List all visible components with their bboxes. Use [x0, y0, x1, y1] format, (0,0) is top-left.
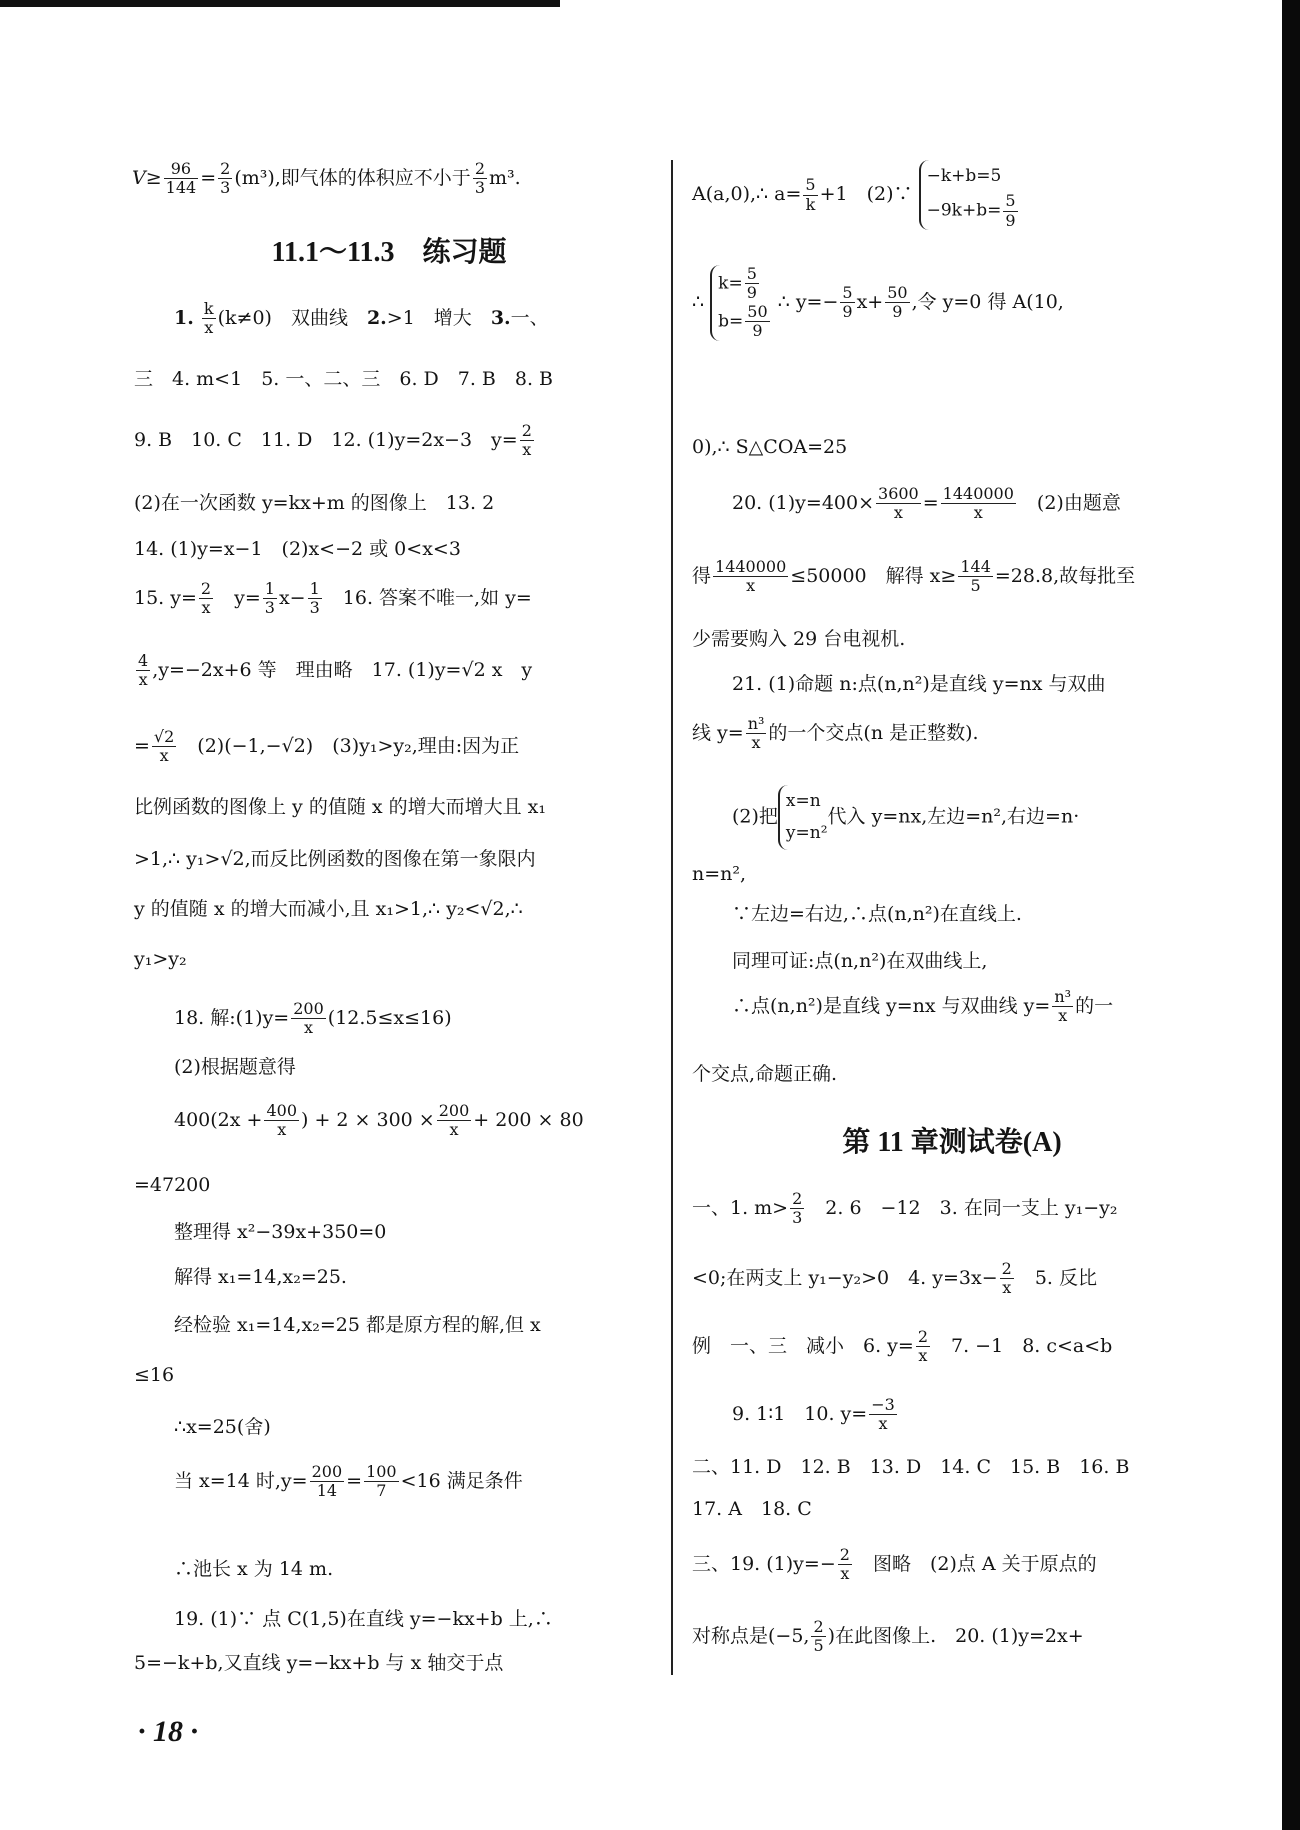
answer-line: ∴ k=59b=509 ∴ y=−59x+509,令 y=0 得 A(10, [692, 265, 1064, 341]
text: 一、1. m> [692, 1197, 788, 1219]
text: x− [279, 587, 306, 609]
text: )在此图像上. 20. (1)y=2x+ [828, 1625, 1084, 1647]
text: 图略 (2)点 A 关于原点的 [854, 1553, 1097, 1575]
answer-line: (2)根据题意得 [134, 1058, 296, 1077]
fraction: 23 [218, 160, 232, 198]
fraction: −3x [869, 1396, 897, 1434]
text: (k≠0) 双曲线 [218, 307, 367, 329]
text: = [200, 167, 216, 189]
question-number: 3. [491, 307, 511, 329]
text: ∴点(n,n²)是直线 y=nx 与双曲线 y= [732, 995, 1050, 1017]
text: 400(2x + [174, 1109, 262, 1131]
answer-line: n=n², [692, 865, 746, 884]
equation-system: k=59b=509 [710, 265, 772, 341]
answer-line: 9. B 10. C 11. D 12. (1)y=2x−3 y=2x [134, 422, 536, 460]
fraction: 23 [473, 160, 487, 198]
fraction: 2x [199, 580, 213, 618]
answer-line: ≤16 [134, 1366, 174, 1385]
text: 的一个交点(n 是正整数). [768, 722, 978, 744]
text: A(a,0),∴ a= [692, 183, 801, 205]
text: (2)由题意 [1018, 492, 1121, 514]
fraction: 4x [136, 652, 150, 690]
equation-system: −k+b=5−9k+b=59 [919, 160, 1020, 230]
text: 例 一、三 减小 6. y= [692, 1335, 914, 1357]
answer-line: 个交点,命题正确. [692, 1065, 837, 1084]
answer-line: (2)在一次函数 y=kx+m 的图像上 13. 2 [134, 494, 494, 513]
answer-line: 0),∴ S△COA=25 [692, 438, 847, 457]
text: = [346, 1470, 362, 1492]
answer-line: 同理可证:点(n,n²)在双曲线上, [692, 952, 987, 971]
answer-line: 当 x=14 时,y=20014=1007<16 满足条件 [134, 1463, 523, 1501]
text: ,y=−2x+6 等 理由略 17. (1)y=√2 x y [152, 659, 532, 681]
text: ) + 2 × 300 × [301, 1109, 435, 1131]
answer-line: 19. (1)∵ 点 C(1,5)在直线 y=−kx+b 上,∴ [134, 1610, 553, 1629]
text: 20. (1)y=400× [732, 492, 874, 514]
answer-line: ∴池长 x 为 14 m. [134, 1560, 333, 1579]
fraction: 13 [308, 580, 322, 618]
text: = [134, 735, 150, 757]
answer-line: ∴点(n,n²)是直线 y=nx 与双曲线 y=n³x的一 [692, 988, 1113, 1026]
fraction: 13 [263, 580, 277, 618]
text: m³. [489, 167, 521, 189]
text: 的一 [1075, 995, 1113, 1017]
fraction: 25 [811, 1618, 825, 1656]
volume-conclusion: V≥96144=23(m³),即气体的体积应不小于23m³. [132, 160, 521, 198]
text: <0;在两支上 y₁−y₂>0 4. y=3x− [692, 1267, 998, 1289]
answer-line: 二、11. D 12. B 13. D 14. C 15. B 16. B [692, 1458, 1129, 1477]
answer-line: 对称点是(−5,25)在此图像上. 20. (1)y=2x+ [692, 1618, 1084, 1656]
fraction: 200x [437, 1102, 472, 1140]
answer-line: 1. kx(k≠0) 双曲线 2.>1 增大 3.一、 [134, 300, 549, 338]
text: (2)把 [732, 805, 778, 827]
text: = [923, 492, 939, 514]
text: ≤50000 解得 x≥ [790, 565, 956, 587]
text: 18. 解:(1)y= [174, 1007, 289, 1029]
fraction: 2x [838, 1546, 852, 1584]
fraction: 400x [264, 1102, 299, 1140]
answer-line: 线 y=n³x的一个交点(n 是正整数). [692, 715, 979, 753]
equation-system: x=ny=n² [778, 785, 828, 850]
text: 5. 反比 [1016, 1267, 1097, 1289]
text: 对称点是(−5, [692, 1625, 809, 1647]
answer-line: >1,∴ y₁>√2,而反比例函数的图像在第一象限内 [134, 850, 536, 869]
answer-line: 三 4. m<1 5. 一、二、三 6. D 7. B 8. B [134, 370, 553, 389]
answer-line: 17. A 18. C [692, 1500, 812, 1519]
answer-line: 比例函数的图像上 y 的值随 x 的增大而增大且 x₁ [134, 798, 546, 817]
answer-line: 三、19. (1)y=−2x 图略 (2)点 A 关于原点的 [692, 1546, 1097, 1584]
scan-top-edge-thick [0, 0, 230, 3]
fraction: 59 [840, 284, 854, 322]
text: =28.8,故每批至 [995, 565, 1135, 587]
answer-line: 20. (1)y=400×3600x=1440000x (2)由题意 [692, 485, 1121, 523]
fraction: 5k [803, 176, 817, 214]
question-number: 1. [174, 307, 194, 329]
fraction: 2x [1000, 1260, 1014, 1298]
fraction: √2x [152, 728, 176, 766]
answer-line: ∴x=25(舍) [134, 1418, 271, 1437]
answer-line: 4x,y=−2x+6 等 理由略 17. (1)y=√2 x y [134, 652, 532, 690]
answer-line: 解得 x₁=14,x₂=25. [134, 1268, 347, 1287]
answer-line: 一、1. m>23 2. 6 −12 3. 在同一支上 y₁−y₂ [692, 1190, 1117, 1228]
answer-line: 经检验 x₁=14,x₂=25 都是原方程的解,但 x [134, 1316, 541, 1335]
question-number: 2. [367, 307, 387, 329]
fraction: 1445 [958, 558, 993, 596]
fraction: kx [202, 300, 216, 338]
section-title-exercises: 11.1～11.3 练习题 [134, 230, 644, 270]
fraction: 2x [520, 422, 534, 460]
text: 三、19. (1)y=− [692, 1553, 836, 1575]
fraction: 1007 [364, 1463, 399, 1501]
answer-line: 得1440000x≤50000 解得 x≥1445=28.8,故每批至 [692, 558, 1135, 596]
fraction: n³x [746, 715, 767, 753]
answer-line: (2)把x=ny=n²代入 y=nx,左边=n²,右边=n· [692, 785, 1079, 850]
answer-line: 整理得 x²−39x+350=0 [134, 1223, 386, 1242]
fraction: 1440000x [941, 485, 1016, 523]
answer-line: 400(2x +400x) + 2 × 300 ×200x+ 200 × 80 [134, 1102, 584, 1140]
text: 一、 [511, 307, 549, 329]
text: x+ [857, 291, 884, 313]
text: 9. 1∶1 10. y= [732, 1403, 867, 1425]
text: 7. −1 8. c<a<b [932, 1335, 1112, 1357]
answer-line: 18. 解:(1)y=200x(12.5≤x≤16) [134, 1000, 452, 1038]
answer-line: 例 一、三 减小 6. y=2x 7. −1 8. c<a<b [692, 1328, 1112, 1366]
answer-line: 5=−k+b,又直线 y=−kx+b 与 x 轴交于点 [134, 1654, 503, 1673]
answer-line: 14. (1)y=x−1 (2)x<−2 或 0<x<3 [134, 540, 461, 559]
text: >1 增大 [387, 307, 491, 329]
fraction: 200x [291, 1000, 326, 1038]
text: (m³),即气体的体积应不小于 [234, 167, 471, 189]
fraction: 20014 [310, 1463, 345, 1501]
text: 9. B 10. C 11. D 12. (1)y=2x−3 y= [134, 429, 518, 451]
answer-line: <0;在两支上 y₁−y₂>0 4. y=3x−2x 5. 反比 [692, 1260, 1097, 1298]
text: ,令 y=0 得 A(10, [912, 291, 1064, 313]
text: 15. y= [134, 587, 197, 609]
text: 当 x=14 时,y= [174, 1470, 308, 1492]
fraction: 96144 [164, 160, 199, 198]
fraction: 1440000x [713, 558, 788, 596]
text: 2. 6 −12 3. 在同一支上 y₁−y₂ [806, 1197, 1117, 1219]
answer-line: y₁>y₂ [134, 950, 187, 969]
text: 线 y= [692, 722, 744, 744]
text: (12.5≤x≤16) [328, 1007, 452, 1029]
answer-line: ∵左边=右边,∴点(n,n²)在直线上. [692, 905, 1022, 924]
column-divider [671, 160, 673, 1675]
text: + 200 × 80 [473, 1109, 583, 1131]
answer-line: 21. (1)命题 n:点(n,n²)是直线 y=nx 与双曲 [692, 675, 1106, 694]
answer-line: =√2x (2)(−1,−√2) (3)y₁>y₂,理由:因为正 [134, 728, 519, 766]
fraction: 3600x [876, 485, 921, 523]
text: y= [215, 587, 261, 609]
text: V≥ [132, 167, 162, 189]
fraction: n³x [1052, 988, 1073, 1026]
text: (2)(−1,−√2) (3)y₁>y₂,理由:因为正 [178, 735, 519, 757]
answer-line: 少需要购入 29 台电视机. [692, 630, 905, 649]
answer-line: =47200 [134, 1176, 210, 1195]
answer-line: y 的值随 x 的增大而减小,且 x₁>1,∴ y₂<√2,∴ [134, 900, 523, 919]
fraction: 23 [790, 1190, 804, 1228]
text: ∴ [692, 291, 704, 313]
answer-line: 9. 1∶1 10. y=−3x [692, 1396, 899, 1434]
answer-line: 15. y=2x y=13x−13 16. 答案不唯一,如 y= [134, 580, 532, 618]
text: 得 [692, 565, 711, 587]
fraction: 2x [916, 1328, 930, 1366]
scan-right-edge [1282, 0, 1300, 1830]
section-title-chapter-test: 第 11 章测试卷(A) [692, 1120, 1212, 1160]
page-number: · 18 · [138, 1715, 198, 1749]
text: 代入 y=nx,左边=n²,右边=n· [828, 805, 1080, 827]
text: 16. 答案不唯一,如 y= [324, 587, 532, 609]
fraction: 509 [885, 284, 909, 322]
text: <16 满足条件 [401, 1470, 523, 1492]
answer-line: A(a,0),∴ a=5k+1 (2)∵ −k+b=5−9k+b=59 [692, 160, 1020, 230]
text: ∴ y=− [778, 291, 839, 313]
text: +1 (2)∵ [820, 183, 913, 205]
